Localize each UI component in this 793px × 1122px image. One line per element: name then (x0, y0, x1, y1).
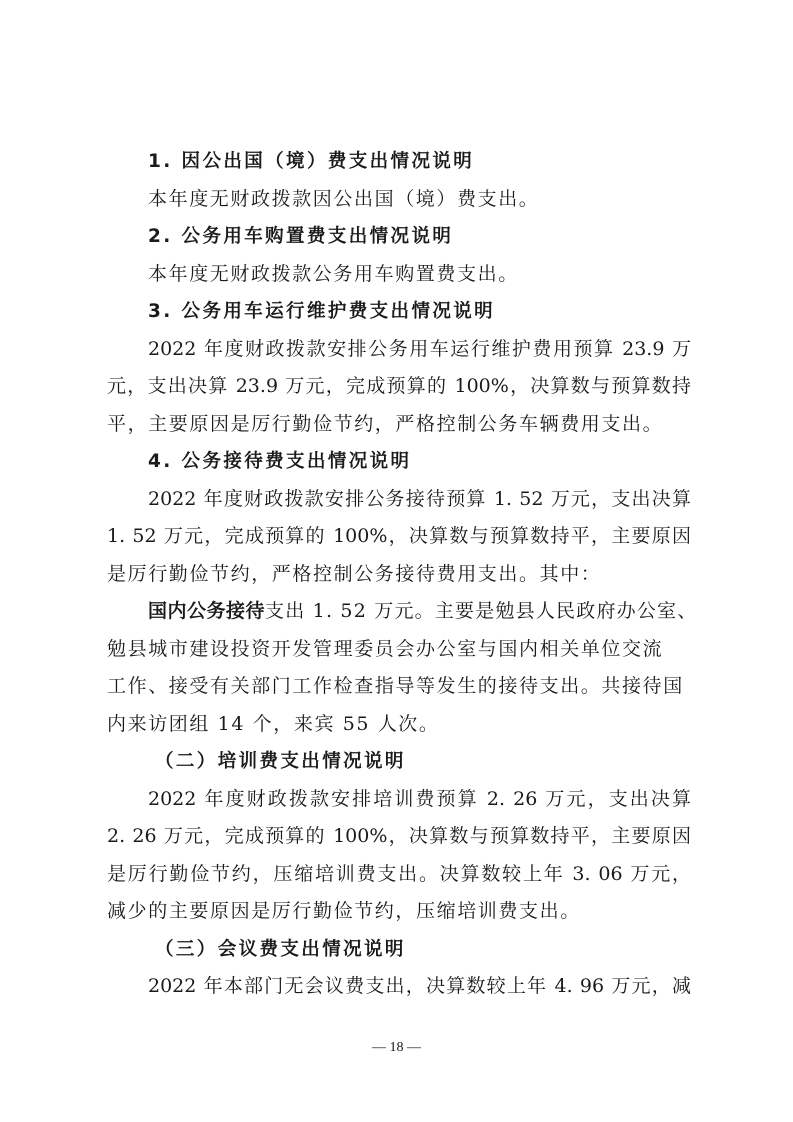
paragraph-line: 2022 年度财政拨款安排公务接待预算 1. 52 万元，支出决算 (107, 481, 691, 519)
domestic-reception-text: 支出 1. 52 万元。主要是勉县人民政府办公室、 (265, 600, 697, 622)
paragraph-line: 2. 26 万元，完成预算的 100%，决算数与预算数持平，主要原因 (107, 818, 691, 856)
section-heading-training: （二）培训费支出情况说明 (107, 743, 691, 781)
paragraph-training: 2022 年度财政拨款安排培训费预算 2. 26 万元，支出决算 2. 26 万… (107, 781, 691, 931)
paragraph-line: 国内公务接待支出 1. 52 万元。主要是勉县人民政府办公室、 (107, 593, 691, 631)
paragraph-vehicle-purchase: 本年度无财政拨款公务用车购置费支出。 (107, 256, 691, 294)
paragraph-domestic-reception: 国内公务接待支出 1. 52 万元。主要是勉县人民政府办公室、 勉县城市建设投资… (107, 593, 691, 743)
paragraph-line: 内来访团组 14 个，来宾 55 人次。 (107, 706, 691, 744)
document-page: 1. 因公出国（境）费支出情况说明 本年度无财政拨款因公出国（境）费支出。 2.… (107, 143, 691, 1006)
paragraph-line: 是厉行勤俭节约，严格控制公务接待费用支出。其中： (107, 556, 691, 594)
paragraph-line: 是厉行勤俭节约，压缩培训费支出。决算数较上年 3. 06 万元， (107, 856, 691, 894)
section-heading-vehicle-maintenance: 3. 公务用车运行维护费支出情况说明 (107, 293, 691, 331)
paragraph-reception: 2022 年度财政拨款安排公务接待预算 1. 52 万元，支出决算 1. 52 … (107, 481, 691, 594)
paragraph-meeting: 2022 年本部门无会议费支出，决算数较上年 4. 96 万元，减 (107, 968, 691, 1006)
paragraph-line: 2022 年度财政拨款安排公务用车运行维护费用预算 23.9 万 (107, 331, 691, 369)
paragraph-vehicle-maintenance: 2022 年度财政拨款安排公务用车运行维护费用预算 23.9 万 元，支出决算 … (107, 331, 691, 444)
section-heading-vehicle-purchase: 2. 公务用车购置费支出情况说明 (107, 218, 691, 256)
paragraph-line: 2022 年本部门无会议费支出，决算数较上年 4. 96 万元，减 (107, 968, 691, 1006)
paragraph-line: 2022 年度财政拨款安排培训费预算 2. 26 万元，支出决算 (107, 781, 691, 819)
page-number: — 18 — (0, 1040, 793, 1056)
section-heading-reception: 4. 公务接待费支出情况说明 (107, 443, 691, 481)
domestic-reception-label: 国内公务接待 (148, 600, 265, 622)
section-heading-meeting: （三）会议费支出情况说明 (107, 931, 691, 969)
paragraph-line: 平，主要原因是厉行勤俭节约，严格控制公务车辆费用支出。 (107, 406, 691, 444)
paragraph-line: 工作、接受有关部门工作检查指导等发生的接待支出。共接待国 (107, 668, 691, 706)
paragraph-line: 元，支出决算 23.9 万元，完成预算的 100%，决算数与预算数持 (107, 368, 691, 406)
paragraph-line: 勉县城市建设投资开发管理委员会办公室与国内相关单位交流 (107, 631, 691, 669)
paragraph-overseas-travel: 本年度无财政拨款因公出国（境）费支出。 (107, 181, 691, 219)
paragraph-line: 1. 52 万元，完成预算的 100%，决算数与预算数持平，主要原因 (107, 518, 691, 556)
paragraph-line: 减少的主要原因是厉行勤俭节约，压缩培训费支出。 (107, 893, 691, 931)
section-heading-overseas-travel: 1. 因公出国（境）费支出情况说明 (107, 143, 691, 181)
